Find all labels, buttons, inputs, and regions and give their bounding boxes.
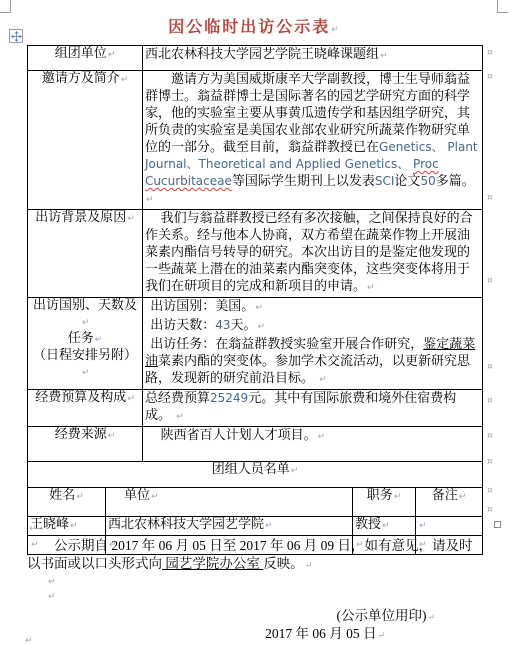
pilcrow-mark: ↵ — [318, 432, 326, 442]
pilcrow-mark: ↵ — [377, 630, 385, 640]
table-row: 出访国别、天数及↵ 任务↵ （日程安排另附）↵ 出访国别：美国。↵ 出访天数：4… — [28, 298, 483, 390]
sci-text: SCI — [375, 174, 395, 188]
pilcrow-mark: ↵ — [70, 521, 78, 531]
page-title: 因公临时出访公示表↵ — [0, 14, 509, 37]
funding-source-text: 陕西省百人计划人才项目。 — [161, 428, 317, 443]
task-text: 出访任务：在翁益群教授实验室开展合作研究， — [150, 337, 423, 352]
background-label: 出访背景及原因↵ — [28, 210, 143, 298]
roster-cell-unit: 西北农林科技大学园艺学院↵ — [106, 517, 353, 536]
cell-text: 西北农林科技大学园艺学院 — [108, 517, 264, 532]
pilcrow-mark: ↵ — [127, 394, 135, 404]
text-boundary-mark-top-left — [0, 0, 11, 13]
date-text: 2017 年 06 月 05 日 — [265, 626, 376, 641]
label-text: 组团单位 — [55, 46, 107, 61]
end-of-row-mark: ¤ — [487, 73, 493, 82]
label-text: 出访背景及原因 — [35, 210, 126, 225]
pilcrow-mark: ↵ — [146, 195, 154, 205]
country-text: 出访国别：美国。 — [150, 299, 254, 314]
table-row: 经费预算及构成↵ 总经费预算25249元。其中有国际旅费和境外住宿费构成。 ↵ — [28, 390, 483, 427]
value-text: 西北农林科技大学园艺学院王晓峰课题组 — [145, 47, 379, 62]
pilcrow-mark: ↵ — [176, 412, 184, 422]
budget-line: 总经费预算25249元。其中有国际旅费和境外住宿费构成。 ↵ — [145, 390, 480, 426]
end-of-row-mark: ¤ — [487, 432, 493, 441]
roster-data-row: 王晓峰↵ 西北农林科技大学园艺学院↵ 教授↵ ↵ — [28, 517, 483, 536]
header-text: 单位 — [124, 488, 150, 503]
roster-cell-note: ↵ — [416, 517, 483, 536]
task-text: 菜素内酯的突变体。参加学术交流活动，以更新研究思路，发现新的研究前沿目标。 — [145, 354, 470, 386]
visit-label: 出访国别、天数及↵ 任务↵ （日程安排另附）↵ — [28, 298, 143, 390]
date-line: 2017 年 06 月 05 日↵ — [0, 622, 385, 642]
table-row: 出访背景及原因↵ 我们与翁益群教授已经有多次接触，之间保持良好的合作关系。经与他… — [28, 210, 483, 298]
label-text: 任务 — [68, 331, 94, 346]
pilcrow-mark: ↵ — [29, 524, 37, 534]
pilcrow-mark: ↵ — [255, 303, 263, 313]
roster-header-unit: 单位↵ — [106, 488, 353, 517]
pilcrow-mark: ↵ — [48, 592, 56, 602]
public-notice-paragraph: 公示期自 2017 年 06 月 05 日至 2017 年 06 月 09 日，… — [27, 537, 479, 574]
end-of-row-mark: ¤ — [487, 194, 493, 203]
notice-office-underlined: 园艺学院办公室 — [162, 556, 263, 571]
inviter-text-zh: 论文 — [394, 174, 420, 189]
pilcrow-mark: ↵ — [380, 51, 388, 61]
visit-notice-table: 组团单位↵ 西北农林科技大学园艺学院王晓峰课题组↵ 邀请方及简介↵ 邀请方为美国… — [27, 45, 483, 555]
pilcrow-mark: ↵ — [305, 560, 313, 570]
pilcrow-mark: ↵ — [394, 492, 402, 502]
pilcrow-mark: ↵ — [108, 431, 116, 441]
label-text: 经费来源 — [55, 427, 107, 442]
table-row: 邀请方及简介↵ 邀请方为美国威斯康辛大学副教授，博士生导师翁益群博士。翁益群博士… — [28, 71, 483, 210]
seal-placeholder-line: (公示单位用印)↵ — [0, 604, 435, 624]
pilcrow-mark: ↵ — [382, 521, 390, 531]
roster-header-note: 备注↵ — [416, 488, 483, 517]
inviter-text-zh: 等国际学生期刊上以发表 — [232, 174, 375, 189]
move-arrows-icon — [11, 31, 22, 42]
pilcrow-mark: ↵ — [76, 492, 84, 502]
pilcrow-mark: ↵ — [82, 368, 90, 378]
pilcrow-mark: ↵ — [108, 50, 116, 60]
notice-text: 反映。 — [263, 556, 304, 571]
table-row: 组团单位↵ 西北农林科技大学园艺学院王晓峰课题组↵ — [28, 46, 483, 71]
background-value: 我们与翁益群教授已经有多次接触，之间保持良好的合作关系。经与他本人协商，双方希望… — [143, 210, 483, 298]
budget-label: 经费预算及构成↵ — [28, 390, 143, 427]
days-number: 43 — [215, 318, 230, 332]
roster-cell-name: 王晓峰↵ — [28, 517, 106, 536]
pilcrow-mark: ↵ — [319, 375, 327, 385]
group-unit-value: 西北农林科技大学园艺学院王晓峰课题组↵ — [143, 46, 483, 71]
end-of-row-mark: ¤ — [487, 49, 493, 58]
label-text: 邀请方及简介 — [42, 71, 120, 86]
budget-value: 总经费预算25249元。其中有国际旅费和境外住宿费构成。 ↵ — [143, 390, 483, 427]
group-unit-label: 组团单位↵ — [28, 46, 143, 71]
table-row: 经费来源↵ 陕西省百人计划人才项目。↵ — [28, 427, 483, 462]
funding-source-value: 陕西省百人计划人才项目。↵ — [143, 427, 483, 462]
days-unit-text: 天。 — [230, 318, 256, 333]
roster-header-name: 姓名↵ — [28, 488, 106, 517]
pilcrow-mark: ↵ — [127, 214, 135, 224]
background-paragraph: 我们与翁益群教授已经有多次接触，之间保持良好的合作关系。经与他本人协商，双方希望… — [145, 210, 480, 297]
roster-section-title: 团组人员名单↵ — [28, 462, 483, 488]
visit-days-line: 出访天数：43天。↵ — [145, 317, 480, 336]
pilcrow-mark: ↵ — [48, 577, 56, 587]
end-of-row-mark: ¤ — [487, 363, 493, 372]
paper-count-text: 50 — [420, 174, 435, 188]
pilcrow-mark: ↵ — [151, 492, 159, 502]
pilcrow-mark: ↵ — [95, 335, 103, 345]
roster-cell-position: 教授↵ — [353, 517, 416, 536]
table-resize-handle[interactable] — [494, 521, 501, 528]
pilcrow-mark: ↵ — [121, 75, 129, 85]
inviter-paragraph: 邀请方为美国威斯康辛大学副教授，博士生导师翁益群博士。翁益群博士是国际著名的园艺… — [145, 71, 480, 209]
background-text: 我们与翁益群教授已经有多次接触，之间保持良好的合作关系。经与他本人协商，双方希望… — [145, 211, 473, 294]
seal-text: (公示单位用印) — [336, 608, 426, 623]
table-move-handle[interactable] — [9, 29, 23, 43]
budget-amount: 25249 — [210, 391, 248, 405]
roster-title-text: 团组人员名单 — [212, 462, 290, 477]
end-of-row-mark: ¤ — [487, 458, 493, 467]
table-row: 团组人员名单↵ — [28, 462, 483, 488]
header-text: 姓名 — [49, 488, 75, 503]
page-title-text: 因公临时出访公示表 — [168, 17, 330, 36]
pilcrow-mark: ↵ — [419, 521, 427, 531]
inviter-label: 邀请方及简介↵ — [28, 71, 143, 210]
header-text: 备注 — [432, 488, 458, 503]
header-text: 职务 — [367, 488, 393, 503]
pilcrow-mark: ↵ — [291, 466, 299, 476]
pilcrow-mark: ↵ — [427, 612, 435, 622]
days-label-text: 出访天数： — [150, 318, 215, 333]
label-text: 经费预算及构成 — [35, 390, 126, 405]
end-of-row-mark: ¤ — [487, 397, 493, 406]
end-of-row-mark: ¤ — [487, 277, 493, 286]
pilcrow-mark: ↵ — [367, 283, 375, 293]
label-text: 出访国别、天数及 — [33, 298, 137, 313]
cell-text: 教授 — [355, 517, 381, 532]
funding-source-line: 陕西省百人计划人才项目。↵ — [145, 427, 480, 446]
roster-header-position: 职务↵ — [353, 488, 416, 517]
end-of-row-mark: ¤ — [487, 506, 493, 515]
inviter-value: 邀请方为美国威斯康辛大学副教授，博士生导师翁益群博士。翁益群博士是国际著名的园艺… — [143, 71, 483, 210]
inviter-text-zh: 多篇。 — [436, 174, 475, 189]
funding-source-label: 经费来源↵ — [28, 427, 143, 462]
visit-country-line: 出访国别：美国。↵ — [145, 298, 480, 317]
pilcrow-mark: ↵ — [459, 492, 467, 502]
text-boundary-mark-top-right — [497, 0, 508, 13]
roster-header-row: 姓名↵ 单位↵ 职务↵ 备注↵ — [28, 488, 483, 517]
end-of-row-mark: ¤ — [487, 487, 493, 496]
pilcrow-mark: ↵ — [82, 318, 90, 328]
pilcrow-mark: ↵ — [331, 25, 341, 35]
visit-value: 出访国别：美国。↵ 出访天数：43天。↵ 出访任务：在翁益群教授实验室开展合作研… — [143, 298, 483, 390]
pilcrow-mark: ↵ — [265, 521, 273, 531]
pilcrow-mark: ↵ — [258, 322, 266, 332]
budget-text: 总经费预算 — [145, 391, 210, 406]
visit-task-line: 出访任务：在翁益群教授实验室开展合作研究，鉴定蔬菜油菜素内酯的突变体。参加学术交… — [145, 336, 480, 389]
label-text: （日程安排另附） — [33, 348, 137, 363]
